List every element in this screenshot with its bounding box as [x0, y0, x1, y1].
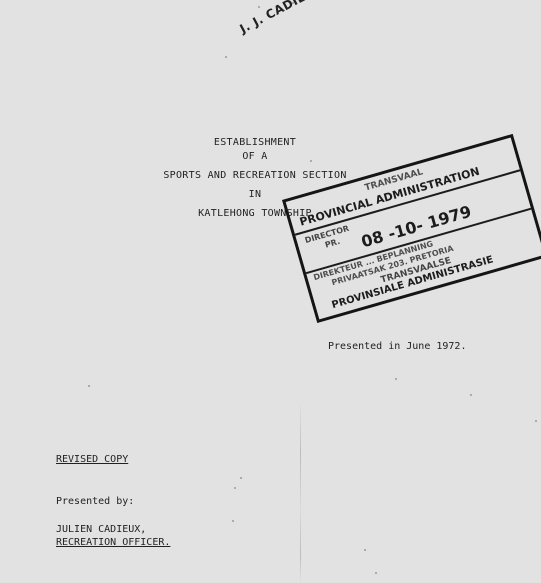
scan-speck [234, 487, 236, 489]
title-line: ESTABLISHMENT [140, 136, 370, 150]
scan-speck [535, 420, 537, 422]
presenter-name: JULIEN CADIEUX, [56, 524, 146, 535]
author-stamp: J. J. CADIEUX [237, 0, 325, 36]
scan-speck [470, 394, 472, 396]
paper-fold-line [300, 400, 301, 583]
revised-copy-label: REVISED COPY [56, 454, 128, 465]
scan-speck [375, 572, 377, 574]
presented-date: Presented in June 1972. [328, 341, 466, 352]
title-line: OF A [140, 150, 370, 164]
scan-speck [395, 378, 397, 380]
scan-speck [225, 56, 227, 58]
scan-speck [88, 385, 90, 387]
title-line: SPORTS AND RECREATION SECTION [140, 169, 370, 183]
presented-by-label: Presented by: [56, 496, 134, 507]
scan-speck [364, 549, 366, 551]
document-page: J. J. CADIEUX ESTABLISHMENT OF A SPORTS … [0, 0, 541, 583]
presenter-title: RECREATION OFFICER. [56, 537, 170, 548]
scan-speck [258, 6, 260, 8]
scan-speck [232, 520, 234, 522]
scan-speck [240, 477, 242, 479]
